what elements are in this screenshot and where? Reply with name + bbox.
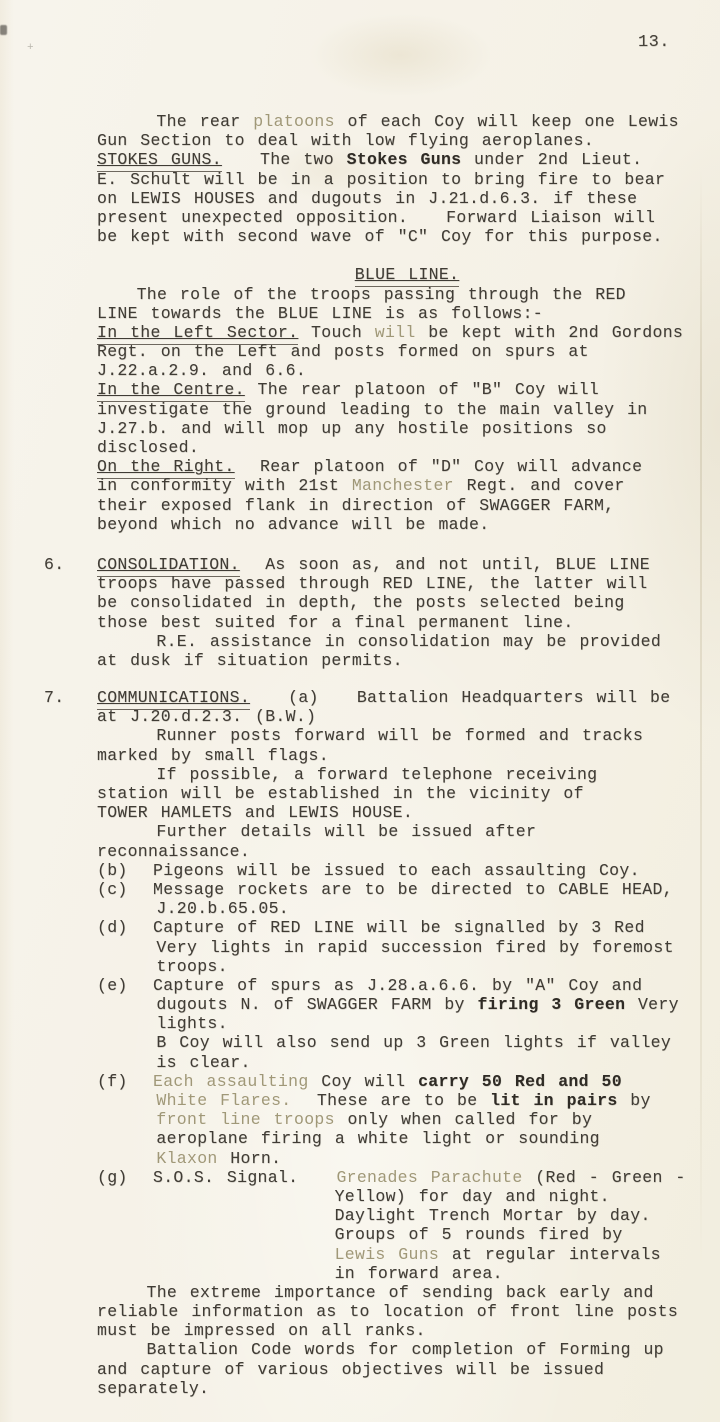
text-line: dugouts N. of SWAGGER FARM by firing 3 G… xyxy=(97,995,717,1014)
text-segment: firing 3 Green xyxy=(477,995,625,1014)
text-line: The rear platoons of each Coy will keep … xyxy=(97,112,717,131)
text-segment: station will be established in the vicin… xyxy=(97,784,584,803)
text-segment: As soon as, and not until, BLUE LINE xyxy=(240,555,650,574)
text-segment: Regt. and cover xyxy=(454,476,625,495)
text-segment: Stokes Guns xyxy=(347,150,462,169)
text-line: R.E. assistance in consolidation may be … xyxy=(97,632,717,651)
text-segment: disclosed. xyxy=(97,438,199,457)
text-line: (b) Pigeons will be issued to each assau… xyxy=(97,861,717,880)
text-line: The extreme importance of sending back e… xyxy=(97,1283,717,1302)
text-line: Very lights in rapid succession fired by… xyxy=(97,938,717,957)
text-line: TOWER HAMLETS and LEWIS HOUSE. xyxy=(97,803,717,822)
text-line: at J.20.d.2.3. (B.W.) xyxy=(97,707,717,726)
text-line: in conformity with 21st Manchester Regt.… xyxy=(97,476,717,495)
text-line: (g) S.O.S. Signal. Grenades Parachute (R… xyxy=(97,1168,717,1187)
text-line: be kept with second wave of "C" Coy for … xyxy=(97,227,717,246)
text-line: BLUE LINE. xyxy=(97,265,717,284)
text-segment: troops. xyxy=(156,957,227,976)
text-line: be consolidated in depth, the posts sele… xyxy=(97,593,717,612)
text-line: LINE towards the BLUE LINE is as follows… xyxy=(97,304,717,323)
text-segment: Battalion Code words for completion of F… xyxy=(147,1340,664,1359)
text-segment: If possible, a forward telephone receivi… xyxy=(156,765,597,784)
text-segment: marked by small flags. xyxy=(97,746,329,765)
text-segment: (c) Message rockets are to be directed t… xyxy=(97,880,673,899)
text-line: If possible, a forward telephone receivi… xyxy=(97,765,717,784)
text-line: their exposed flank in direction of SWAG… xyxy=(97,496,717,515)
text-segment: Gun Section to deal with low flying aero… xyxy=(97,131,594,150)
text-segment: Very lights in rapid succession fired by… xyxy=(156,938,673,957)
text-segment: Horn. xyxy=(218,1149,282,1168)
text-segment: B Coy will also send up 3 Green lights i… xyxy=(156,1033,671,1052)
text-segment: (Red - Green - xyxy=(523,1168,686,1187)
text-line: lights. xyxy=(97,1014,717,1033)
text-line: Battalion Code words for completion of F… xyxy=(97,1340,717,1359)
page-number: 13. xyxy=(638,33,670,52)
text-segment: Runner posts forward will be formed and … xyxy=(156,726,643,745)
text-line: station will be established in the vicin… xyxy=(97,784,717,803)
text-segment: E. Schult will be in a position to bring… xyxy=(97,170,665,189)
text-line: beyond which no advance will be made. xyxy=(97,515,717,534)
text-segment: R.E. assistance in consolidation may be … xyxy=(156,632,661,651)
text-segment: carry 50 Red and 50 xyxy=(418,1072,622,1091)
text-segment: J.27.b. and will mop up any hostile posi… xyxy=(97,419,607,438)
text-line: 6.CONSOLIDATION. As soon as, and not unt… xyxy=(97,555,717,574)
text-line: On the Right. Rear platoon of "D" Coy wi… xyxy=(97,457,717,476)
text-line: Lewis Guns at regular intervals xyxy=(97,1245,717,1264)
line-gap xyxy=(97,246,717,265)
section-number: 7. xyxy=(44,688,64,707)
text-segment: (b) Pigeons will be issued to each assau… xyxy=(97,861,640,880)
text-line: must be impressed on all ranks. xyxy=(97,1321,717,1340)
text-segment: separately. xyxy=(97,1379,209,1398)
text-line: present unexpected opposition. Forward L… xyxy=(97,208,717,227)
text-segment: These are to be xyxy=(292,1091,491,1110)
text-segment: only when called for by xyxy=(335,1110,592,1129)
text-line: troops. xyxy=(97,957,717,976)
text-line: White Flares. These are to be lit in pai… xyxy=(97,1091,717,1110)
text-line: marked by small flags. xyxy=(97,746,717,765)
text-segment: Manchester xyxy=(352,476,454,495)
text-segment: troops have passed through RED LINE, the… xyxy=(97,574,647,593)
faint-plus-mark: + xyxy=(27,42,34,54)
text-segment: on LEWIS HOUSES and dugouts in J.21.d.6.… xyxy=(97,189,637,208)
text-segment: those best suited for a final permanent … xyxy=(97,613,574,632)
text-segment: reliable information as to location of f… xyxy=(97,1302,678,1321)
text-segment: beyond which no advance will be made. xyxy=(97,515,489,534)
text-line: B Coy will also send up 3 Green lights i… xyxy=(97,1033,717,1052)
text-segment: Touch xyxy=(298,323,374,342)
text-body: The rear platoons of each Coy will keep … xyxy=(97,112,717,1398)
text-segment: is clear. xyxy=(156,1053,250,1072)
text-segment: (f) xyxy=(97,1072,153,1091)
text-segment: lights. xyxy=(156,1014,227,1033)
text-line: Runner posts forward will be formed and … xyxy=(97,726,717,745)
text-segment: Coy will xyxy=(309,1072,419,1091)
text-line: Groups of 5 rounds fired by xyxy=(97,1225,717,1244)
text-segment: The extreme importance of sending back e… xyxy=(147,1283,654,1302)
text-segment: Further details will be issued after xyxy=(156,822,536,841)
text-segment: J.20.b.65.05. xyxy=(156,899,289,918)
text-line: STOKES GUNS. The two Stokes Guns under 2… xyxy=(97,150,717,169)
text-segment: (a) Battalion Headquarters will be xyxy=(250,688,670,707)
text-line: J.20.b.65.05. xyxy=(97,899,717,918)
text-segment: (d) Capture of RED LINE will be signalle… xyxy=(97,918,645,937)
text-segment: The rear xyxy=(156,112,253,131)
text-segment: The two xyxy=(222,150,347,169)
text-line: reconnaissance. xyxy=(97,842,717,861)
text-line: Further details will be issued after xyxy=(97,822,717,841)
text-line: on LEWIS HOUSES and dugouts in J.21.d.6.… xyxy=(97,189,717,208)
text-segment: at dusk if situation permits. xyxy=(97,651,403,670)
text-segment: be kept with second wave of "C" Coy for … xyxy=(97,227,663,246)
line-gap xyxy=(97,534,717,555)
text-segment: in conformity with 21st xyxy=(97,476,352,495)
text-segment: Klaxon xyxy=(156,1149,217,1168)
text-segment: at regular intervals xyxy=(439,1245,661,1264)
document-page: + 13. The rear platoons of each Coy will… xyxy=(0,0,720,1422)
text-line: Gun Section to deal with low flying aero… xyxy=(97,131,717,150)
text-line: Daylight Trench Mortar by day. xyxy=(97,1206,717,1225)
scan-smudge-mark xyxy=(0,25,7,35)
text-line: and capture of various objectives will b… xyxy=(97,1360,717,1379)
text-segment: Lewis Guns xyxy=(335,1245,440,1264)
text-line: front line troops only when called for b… xyxy=(97,1110,717,1129)
text-line: The role of the troops passing through t… xyxy=(97,285,717,304)
text-segment: at J.20.d.2.3. (B.W.) xyxy=(97,707,316,726)
text-segment: be consolidated in depth, the posts sele… xyxy=(97,593,625,612)
text-segment: by xyxy=(618,1091,651,1110)
text-segment: J.22.a.2.9. and 6.6. xyxy=(97,361,306,380)
text-segment: in forward area. xyxy=(335,1264,503,1283)
text-segment: aeroplane firing a white light or soundi… xyxy=(156,1129,599,1148)
text-segment: present unexpected opposition. Forward L… xyxy=(97,208,655,227)
text-segment: platoons xyxy=(253,112,335,131)
text-segment: Groups of 5 rounds fired by xyxy=(335,1225,623,1244)
text-segment: Each assaulting xyxy=(153,1072,309,1091)
text-segment: their exposed flank in direction of SWAG… xyxy=(97,496,614,515)
text-segment: lit in pairs xyxy=(490,1091,617,1110)
text-line: disclosed. xyxy=(97,438,717,457)
text-segment: Grenades Parachute xyxy=(336,1168,522,1187)
text-line: Yellow) for day and night. xyxy=(97,1187,717,1206)
text-line: troops have passed through RED LINE, the… xyxy=(97,574,717,593)
text-line: (d) Capture of RED LINE will be signalle… xyxy=(97,918,717,937)
text-segment: (e) Capture of spurs as J.28.a.6.6. by "… xyxy=(97,976,642,995)
text-segment: Rear platoon of "D" Coy will advance xyxy=(235,457,643,476)
text-segment: (g) S.O.S. Signal. xyxy=(97,1168,336,1187)
text-segment: LINE towards the BLUE LINE is as follows… xyxy=(97,304,543,323)
text-segment: The role of the troops passing through t… xyxy=(137,285,626,304)
text-line: in forward area. xyxy=(97,1264,717,1283)
text-segment: TOWER HAMLETS and LEWIS HOUSE. xyxy=(97,803,413,822)
text-segment: dugouts N. of SWAGGER FARM by xyxy=(156,995,477,1014)
text-segment: and capture of various objectives will b… xyxy=(97,1360,604,1379)
text-line: investigate the ground leading to the ma… xyxy=(97,400,717,419)
text-segment: investigate the ground leading to the ma… xyxy=(97,400,647,419)
text-segment: front line troops xyxy=(156,1110,334,1129)
text-segment: White Flares. xyxy=(156,1091,291,1110)
text-line: at dusk if situation permits. xyxy=(97,651,717,670)
text-segment: reconnaissance. xyxy=(97,842,250,861)
text-line: those best suited for a final permanent … xyxy=(97,613,717,632)
text-line: In the Centre. The rear platoon of "B" C… xyxy=(97,380,717,399)
text-segment: Yellow) for day and night. xyxy=(335,1187,610,1206)
text-line: is clear. xyxy=(97,1053,717,1072)
text-segment: The rear platoon of "B" Coy will xyxy=(245,380,599,399)
text-segment: must be impressed on all ranks. xyxy=(97,1321,426,1340)
text-line: J.22.a.2.9. and 6.6. xyxy=(97,361,717,380)
text-line: In the Left Sector. Touch will be kept w… xyxy=(97,323,717,342)
text-line: J.27.b. and will mop up any hostile posi… xyxy=(97,419,717,438)
text-line: Klaxon Horn. xyxy=(97,1149,717,1168)
text-segment: of each Coy will keep one Lewis xyxy=(335,112,679,131)
text-segment: Daylight Trench Mortar by day. xyxy=(335,1206,651,1225)
text-line: (f) Each assaulting Coy will carry 50 Re… xyxy=(97,1072,717,1091)
text-segment: be kept with 2nd Gordons xyxy=(416,323,684,342)
text-line: Regt. on the Left and posts formed on sp… xyxy=(97,342,717,361)
text-line: 7.COMMUNICATIONS. (a) Battalion Headquar… xyxy=(97,688,717,707)
text-line: (c) Message rockets are to be directed t… xyxy=(97,880,717,899)
section-number: 6. xyxy=(44,555,64,574)
text-line: E. Schult will be in a position to bring… xyxy=(97,170,717,189)
line-gap xyxy=(97,670,717,688)
text-line: separately. xyxy=(97,1379,717,1398)
text-segment: under 2nd Lieut. xyxy=(461,150,642,169)
text-line: aeroplane firing a white light or soundi… xyxy=(97,1129,717,1148)
text-line: reliable information as to location of f… xyxy=(97,1302,717,1321)
text-segment: Very xyxy=(625,995,679,1014)
text-segment: Regt. on the Left and posts formed on sp… xyxy=(97,342,589,361)
text-line: (e) Capture of spurs as J.28.a.6.6. by "… xyxy=(97,976,717,995)
text-segment: will xyxy=(375,323,416,342)
